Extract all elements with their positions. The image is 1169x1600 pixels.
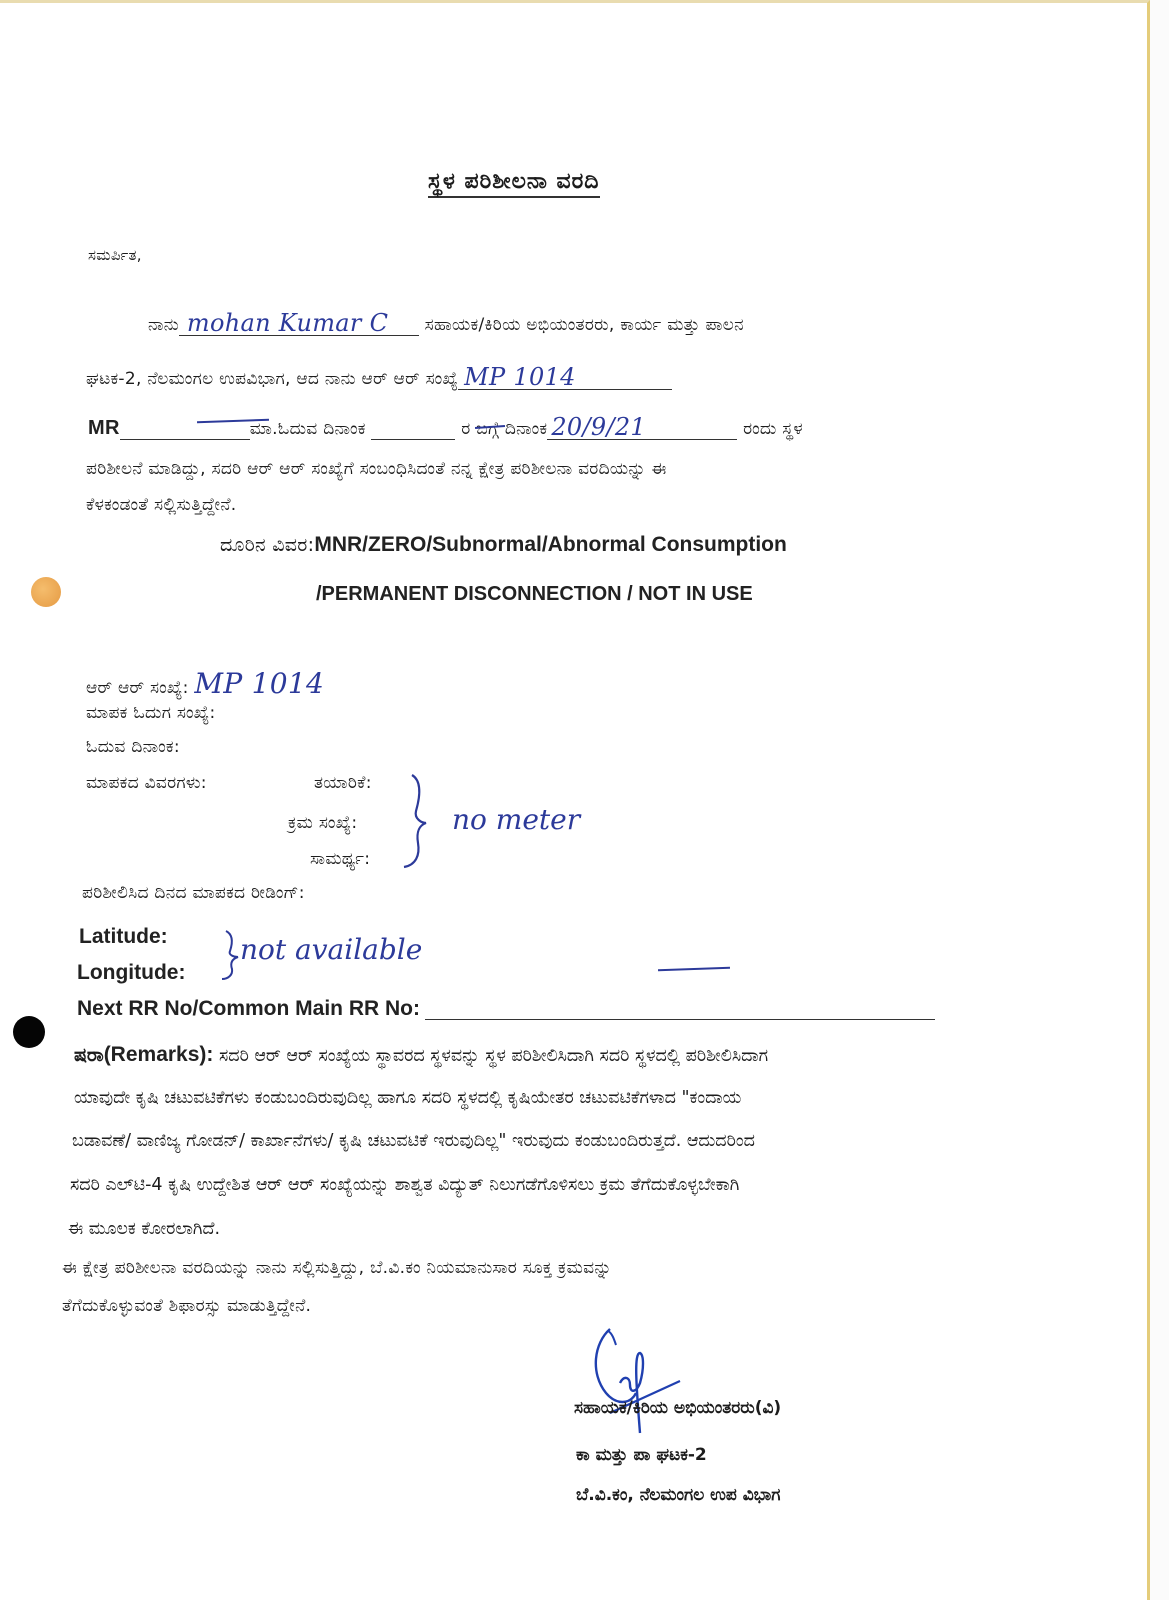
intro-line-5: ಕೆಳಕಂಡಂತೆ ಸಲ್ಲಿಸುತ್ತಿದ್ದೇನೆ. [86, 495, 237, 515]
signatory-office: ಬೆ.ವಿ.ಕಂ, ನೆಲಮಂಗಲ ಉಪ ವಿಭಾಗ [576, 1485, 781, 1505]
document-page: ಸ್ಥಳ ಪರಿಶೀಲನಾ ವರದಿ ಸಮರ್ಪಿತ, ನಾನುmohan Ku… [0, 0, 1150, 1600]
meter-reader-label: ಮಾಪಕ ಓದುಗ ಸಂಖ್ಯೆ: [86, 703, 216, 723]
rr-no-value: MP 1014 [194, 667, 324, 700]
next-rr-row: Next RR No/Common Main RR No: [77, 997, 935, 1021]
remarks-line-4: ಸದರಿ ಎಲ್‌ಟಿ-4 ಕೃಷಿ ಉದ್ದೇಶಿತ ಆರ್ ಆರ್ ಸಂಖ್… [70, 1175, 739, 1195]
page-title: ಸ್ಥಳ ಪರಿಶೀಲನಾ ವರದಿ [428, 169, 600, 198]
signature [590, 1323, 700, 1463]
rr-no-row: ಆರ್ ಆರ್ ಸಂಖ್ಯೆ: MP 1014 [86, 667, 324, 700]
punch-hole-orange [31, 577, 61, 607]
remarks-line-5: ಈ ಮೂಲಕ ಕೋರಲಾಗಿದೆ. [68, 1219, 220, 1239]
reading-date-label: ಮಾ.ಓದುವ ದಿನಾಂಕ [250, 419, 366, 439]
rr-number-handwritten: MP 1014 [464, 363, 576, 391]
intro-line-1: ನಾನುmohan Kumar C ಸಹಾಯಕ/ಕಿರಿಯ ಅಭಿಯಂತರರು,… [148, 315, 744, 336]
inspection-date-field: 20/9/21 [547, 419, 737, 440]
officer-name-field: mohan Kumar C [179, 315, 419, 336]
next-rr-label: Next RR No/Common Main RR No: [77, 997, 420, 1020]
inspection-date-handwritten: 20/9/21 [551, 413, 646, 441]
serial-label: ಕ್ರಮ ಸಂಖ್ಯೆ: [288, 813, 357, 833]
rr-no-label: ಆರ್ ಆರ್ ಸಂಖ್ಯೆ: [86, 678, 189, 698]
remarks-line-1: ಷರಾ(Remarks): ಸದರಿ ಆರ್ ಆರ್ ಸಂಖ್ಯೆಯ ಸ್ಥಾವ… [74, 1043, 768, 1067]
latitude-label: Latitude: [79, 925, 168, 949]
reading-date-field [371, 419, 455, 440]
capacity-label: ಸಾಮರ್ಥ್ಯ: [310, 849, 370, 869]
signatory-unit: ಕಾ ಮತ್ತು ಪಾ ಘಟಕ-2 [576, 1445, 707, 1465]
meter-details-label: ಮಾಪಕದ ವಿವರಗಳು: [86, 773, 207, 793]
make-label: ತಯಾರಿಕೆ: [314, 773, 372, 793]
complaint-label: ದೂರಿನ ವಿವರ: [220, 534, 314, 556]
mr-label: MR [88, 417, 120, 439]
officer-name-handwritten: mohan Kumar C [187, 309, 388, 337]
signatory-designation: ಸಹಾಯಕ/ಕಿರಿಯ ಅಭಿಯಂತರರು(ವಿ) [574, 1398, 781, 1418]
intro-line-3: MR ಮಾ.ಓದುವ ದಿನಾಂಕ ರ ಬಗ್ಗೆ ದಿನಾಂಕ20/9/21 … [88, 417, 803, 440]
remarks-line-2: ಯಾವುದೇ ಕೃಷಿ ಚಟುವಟಿಕೆಗಳು ಕಂಡುಬಂದಿರುವುದಿಲ್… [74, 1088, 741, 1108]
remarks-label-kn: ಷರಾ [74, 1044, 104, 1066]
lat-long-brace-mark [218, 929, 242, 981]
designation-text: ಸಹಾಯಕ/ಕಿರಿಯ ಅಭಿಯಂತರರು, ಕಾರ್ಯ ಮತ್ತು ಪಾಲನ [425, 315, 744, 335]
handwritten-dash-mark [658, 967, 730, 972]
rr-number-field: MP 1014 [458, 369, 672, 390]
closing-line-2: ತೆಗೆದುಕೊಳ್ಳುವಂತೆ ಶಿಫಾರಸ್ಸು ಮಾಡುತ್ತಿದ್ದೇನ… [62, 1296, 311, 1316]
meter-details-handwritten: no meter [452, 803, 580, 836]
unit-text: ಘಟಕ-2, ನೆಲಮಂಗಲ ಉಪವಿಭಾಗ, ಆದ ನಾನು ಆರ್ ಆರ್ … [86, 369, 458, 389]
reading-date-row-label: ಓದುವ ದಿನಾಂಕ: [86, 737, 180, 757]
remarks-label-en: (Remarks): [104, 1043, 214, 1066]
salutation: ಸಮರ್ಪಿತ, [88, 246, 142, 264]
naanu-label: ನಾನು [148, 315, 179, 335]
remarks-text-1: ಸದರಿ ಆರ್ ಆರ್ ಸಂಖ್ಯೆಯ ಸ್ಥಾವರದ ಸ್ಥಳವನ್ನು ಸ… [219, 1046, 768, 1066]
punch-hole-black [13, 1016, 45, 1048]
randu-text: ರಂದು ಸ್ಥಳ [743, 419, 803, 439]
closing-line-1: ಈ ಕ್ಷೇತ್ರ ಪರಿಶೀಲನಾ ವರದಿಯನ್ನು ನಾನು ಸಲ್ಲಿಸ… [62, 1258, 612, 1278]
next-rr-field [425, 1000, 935, 1020]
intro-line-2: ಘಟಕ-2, ನೆಲಮಂಗಲ ಉಪವಿಭಾಗ, ಆದ ನಾನು ಆರ್ ಆರ್ … [86, 369, 672, 390]
mr-field [120, 419, 250, 440]
complaint-line-1: ದೂರಿನ ವಿವರ:MNR/ZERO/Subnormal/Abnormal C… [220, 533, 787, 557]
inspection-reading-label: ಪರಿಶೀಲಿಸಿದ ದಿನದ ಮಾಪಕದ ರೀಡಿಂಗ್: [82, 883, 305, 903]
longitude-label: Longitude: [77, 961, 185, 985]
remarks-line-3: ಬಡಾವಣೆ/ ವಾಣಿಜ್ಯ ಗೋಡನ್/ ಕಾರ್ಖಾನೆಗಳು/ ಕೃಷಿ… [72, 1131, 755, 1151]
intro-line-4: ಪರಿಶೀಲನೆ ಮಾಡಿದ್ದು, ಸದರಿ ಆರ್ ಆರ್ ಸಂಖ್ಯೆಗೆ… [86, 459, 667, 479]
lat-long-handwritten: not available [240, 933, 422, 966]
brace-mark [396, 771, 436, 871]
complaint-types: MNR/ZERO/Subnormal/Abnormal Consumption [314, 533, 787, 556]
complaint-line-2: /PERMANENT DISCONNECTION / NOT IN USE [316, 583, 753, 606]
